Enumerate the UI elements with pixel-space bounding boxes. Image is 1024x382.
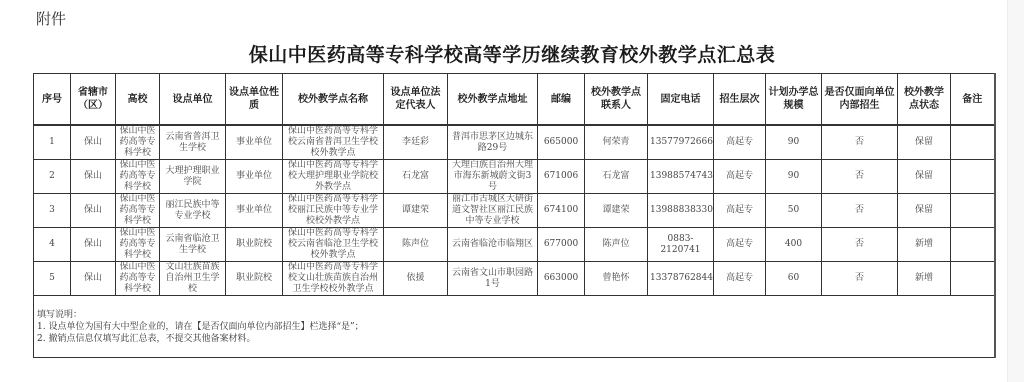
cell-unit-type: 职业院校 — [226, 262, 283, 296]
cell-unit-type: 事业单位 — [226, 160, 283, 194]
header-cell: 高校 — [116, 74, 160, 126]
cell-city: 保山 — [71, 262, 116, 296]
cell-phone: 13378762844 — [648, 262, 714, 296]
cell-unit-type: 事业单位 — [226, 194, 283, 228]
cell-phone: 13988574743 — [648, 160, 714, 194]
header-cell: 邮编 — [538, 74, 585, 126]
cell-contact: 陈声位 — [585, 228, 648, 262]
cell-scale: 400 — [766, 228, 822, 262]
cell-site-name: 保山中医药高等专科学校大理护理职业学院校外教学点 — [283, 160, 384, 194]
cell-contact: 谭建荣 — [585, 194, 648, 228]
header-cell: 设点单位 — [160, 74, 226, 126]
summary-table: 序号 省辖市（区） 高校 设点单位 设点单位性质 校外教学点名称 设点单位法定代… — [33, 73, 996, 358]
cell-legal-rep: 陈声位 — [384, 228, 448, 262]
cell-internal-only: 否 — [822, 125, 898, 160]
document-title: 保山中医药高等专科学校高等学历继续教育校外教学点汇总表 — [0, 40, 1024, 67]
cell-remark — [951, 228, 995, 262]
cell-no: 3 — [34, 194, 71, 228]
header-cell: 备注 — [951, 74, 995, 126]
cell-university: 保山中医药高等专科学校 — [116, 125, 160, 160]
notes-line-2: 2. 撤销点信息仅填写此汇总表，不提交其他备案材料。 — [37, 333, 991, 345]
cell-remark — [951, 262, 995, 296]
cell-unit: 大理护理职业学院 — [160, 160, 226, 194]
table-row: 2 保山 保山中医药高等专科学校 大理护理职业学院 事业单位 保山中医药高等专科… — [34, 160, 995, 194]
header-cell: 固定电话 — [648, 74, 714, 126]
cell-internal-only: 否 — [822, 262, 898, 296]
cell-no: 2 — [34, 160, 71, 194]
cell-site-name: 保山中医药高等专科学校文山壮族苗族自治州卫生学校校外教学点 — [283, 262, 384, 296]
notes-line-1: 1. 设点单位为国有大中型企业的，请在【是否仅面向单位内部招生】栏选择“是”； — [37, 321, 991, 333]
cell-city: 保山 — [71, 160, 116, 194]
cell-legal-rep: 石龙富 — [384, 160, 448, 194]
cell-status: 新增 — [898, 228, 951, 262]
cell-contact: 何荣青 — [585, 125, 648, 160]
header-cell: 设点单位性质 — [226, 74, 283, 126]
cell-contact: 石龙富 — [585, 160, 648, 194]
header-cell: 省辖市（区） — [71, 74, 116, 126]
cell-site-name: 保山中医药高等专科学校云南省临沧卫生学校校外教学点 — [283, 228, 384, 262]
header-cell: 招生层次 — [714, 74, 766, 126]
notes-row: 填写说明： 1. 设点单位为国有大中型企业的，请在【是否仅面向单位内部招生】栏选… — [34, 296, 995, 358]
cell-address: 大理白族自治州大理市海东新城蔚文街3号 — [448, 160, 538, 194]
cell-level: 高起专 — [714, 262, 766, 296]
cell-address: 普洱市思茅区边城东路29号 — [448, 125, 538, 160]
cell-level: 高起专 — [714, 160, 766, 194]
cell-remark — [951, 125, 995, 160]
cell-remark — [951, 160, 995, 194]
cell-status: 保留 — [898, 194, 951, 228]
cell-phone: 13577972666 — [648, 125, 714, 160]
cell-internal-only: 否 — [822, 194, 898, 228]
cell-city: 保山 — [71, 228, 116, 262]
cell-phone: 13988838330 — [648, 194, 714, 228]
cell-site-name: 保山中医药高等专科学校丽江民族中等专业学校校外教学点 — [283, 194, 384, 228]
cell-unit-type: 事业单位 — [226, 125, 283, 160]
cell-level: 高起专 — [714, 194, 766, 228]
cell-level: 高起专 — [714, 228, 766, 262]
cell-unit: 文山壮族苗族自治州卫生学校 — [160, 262, 226, 296]
cell-postcode: 677000 — [538, 228, 585, 262]
cell-status: 保留 — [898, 125, 951, 160]
header-cell: 校外教学点状态 — [898, 74, 951, 126]
cell-unit: 丽江民族中等专业学校 — [160, 194, 226, 228]
cell-address: 丽江市古城区大研街道文智社区丽江民族中等专业学校 — [448, 194, 538, 228]
header-cell: 计划办学总规模 — [766, 74, 822, 126]
cell-university: 保山中医药高等专科学校 — [116, 262, 160, 296]
cell-university: 保山中医药高等专科学校 — [116, 160, 160, 194]
cell-status: 保留 — [898, 160, 951, 194]
notes-heading: 填写说明： — [37, 309, 991, 321]
cell-legal-rep: 谭建荣 — [384, 194, 448, 228]
header-cell: 校外教学点地址 — [448, 74, 538, 126]
cell-address: 云南省临沧市临翔区 — [448, 228, 538, 262]
cell-postcode: 674100 — [538, 194, 585, 228]
cell-remark — [951, 194, 995, 228]
header-cell: 校外教学点名称 — [283, 74, 384, 126]
header-cell: 校外教学点联系人 — [585, 74, 648, 126]
cell-no: 5 — [34, 262, 71, 296]
table-row: 3 保山 保山中医药高等专科学校 丽江民族中等专业学校 事业单位 保山中医药高等… — [34, 194, 995, 228]
attachment-label: 附件 — [36, 8, 66, 29]
cell-postcode: 671006 — [538, 160, 585, 194]
cell-legal-rep: 依援 — [384, 262, 448, 296]
cell-status: 新增 — [898, 262, 951, 296]
table-row: 5 保山 保山中医药高等专科学校 文山壮族苗族自治州卫生学校 职业院校 保山中医… — [34, 262, 995, 296]
cell-postcode: 663000 — [538, 262, 585, 296]
header-cell: 序号 — [34, 74, 71, 126]
table-row: 1 保山 保山中医药高等专科学校 云南省普洱卫生学校 事业单位 保山中医药高等专… — [34, 125, 995, 160]
cell-site-name: 保山中医药高等专科学校云南省普洱卫生学校校外教学点 — [283, 125, 384, 160]
cell-city: 保山 — [71, 125, 116, 160]
cell-internal-only: 否 — [822, 160, 898, 194]
cell-unit-type: 职业院校 — [226, 228, 283, 262]
vertical-scrollbar[interactable] — [1007, 0, 1024, 382]
cell-unit: 云南省临沧卫生学校 — [160, 228, 226, 262]
cell-no: 1 — [34, 125, 71, 160]
cell-scale: 90 — [766, 125, 822, 160]
cell-scale: 50 — [766, 194, 822, 228]
cell-level: 高起专 — [714, 125, 766, 160]
cell-legal-rep: 李廷彩 — [384, 125, 448, 160]
cell-city: 保山 — [71, 194, 116, 228]
cell-scale: 60 — [766, 262, 822, 296]
cell-no: 4 — [34, 228, 71, 262]
header-cell: 设点单位法定代表人 — [384, 74, 448, 126]
cell-address: 云南省文山市职园路1号 — [448, 262, 538, 296]
cell-university: 保山中医药高等专科学校 — [116, 228, 160, 262]
cell-university: 保山中医药高等专科学校 — [116, 194, 160, 228]
header-cell: 是否仅面向单位内部招生 — [822, 74, 898, 126]
cell-phone: 0883-2120741 — [648, 228, 714, 262]
cell-internal-only: 否 — [822, 228, 898, 262]
table-row: 4 保山 保山中医药高等专科学校 云南省临沧卫生学校 职业院校 保山中医药高等专… — [34, 228, 995, 262]
cell-postcode: 665000 — [538, 125, 585, 160]
cell-contact: 曾艳怀 — [585, 262, 648, 296]
header-row: 序号 省辖市（区） 高校 设点单位 设点单位性质 校外教学点名称 设点单位法定代… — [34, 74, 995, 126]
cell-unit: 云南省普洱卫生学校 — [160, 125, 226, 160]
filling-instructions: 填写说明： 1. 设点单位为国有大中型企业的，请在【是否仅面向单位内部招生】栏选… — [34, 296, 995, 358]
cell-scale: 90 — [766, 160, 822, 194]
